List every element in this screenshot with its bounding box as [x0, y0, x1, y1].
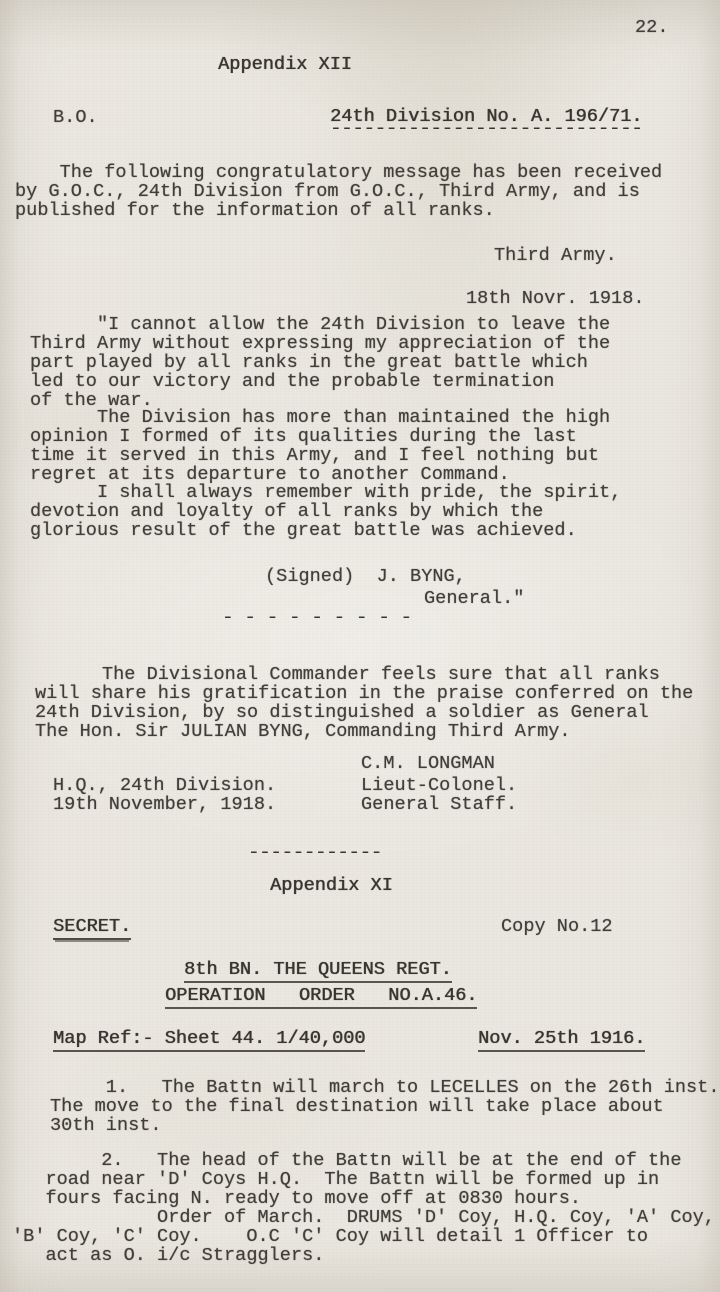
copy-number: Copy No.12: [501, 917, 613, 936]
staff-officer-rank: Lieut-Colonel.: [361, 776, 517, 795]
division-reference-rule: ----------------------------: [330, 119, 642, 138]
message-paragraph-1: "I cannot allow the 24th Division to lea…: [30, 315, 610, 410]
signed-line: (Signed) J. BYNG,: [265, 567, 466, 586]
message-paragraph-2: The Division has more than maintained th…: [30, 408, 610, 484]
message-paragraph-3: I shall always remember with pride, the …: [30, 483, 621, 540]
map-reference: Map Ref:- Sheet 44. 1/40,000: [53, 1029, 365, 1052]
order-paragraph-1: 1. The Battn will march to LECELLES on t…: [50, 1078, 719, 1135]
staff-officer-name: C.M. LONGMAN: [361, 754, 495, 773]
order-date: Nov. 25th 1916.: [478, 1029, 645, 1052]
commander-paragraph: The Divisional Commander feels sure that…: [35, 665, 693, 741]
staff-officer-role: General Staff.: [361, 795, 517, 814]
document-page: 22. Appendix XII B.O. 24th Division No. …: [0, 0, 720, 1292]
unit-title: 8th BN. THE QUEENS REGT.: [184, 960, 452, 983]
message-date: 18th Novr. 1918.: [466, 289, 645, 308]
hq-date-block: H.Q., 24th Division. 19th November, 1918…: [53, 776, 276, 814]
bo-label: B.O.: [53, 108, 98, 127]
appendix-xi-title: Appendix XI: [270, 876, 393, 895]
page-number: 22.: [635, 18, 668, 37]
secret-label: SECRET.: [53, 917, 131, 940]
signed-rank: General.": [424, 589, 524, 608]
operation-order-title: OPERATION ORDER NO.A.46.: [165, 986, 477, 1009]
section-divider: ------------: [248, 843, 382, 862]
order-paragraph-2: 2. The head of the Battn will be at the …: [12, 1151, 715, 1265]
intro-paragraph: The following congratulatory message has…: [15, 163, 662, 220]
signature-rule: - - - - - - - - -: [222, 608, 412, 627]
third-army-label: Third Army.: [494, 246, 617, 265]
appendix-xii-title: Appendix XII: [218, 55, 352, 74]
